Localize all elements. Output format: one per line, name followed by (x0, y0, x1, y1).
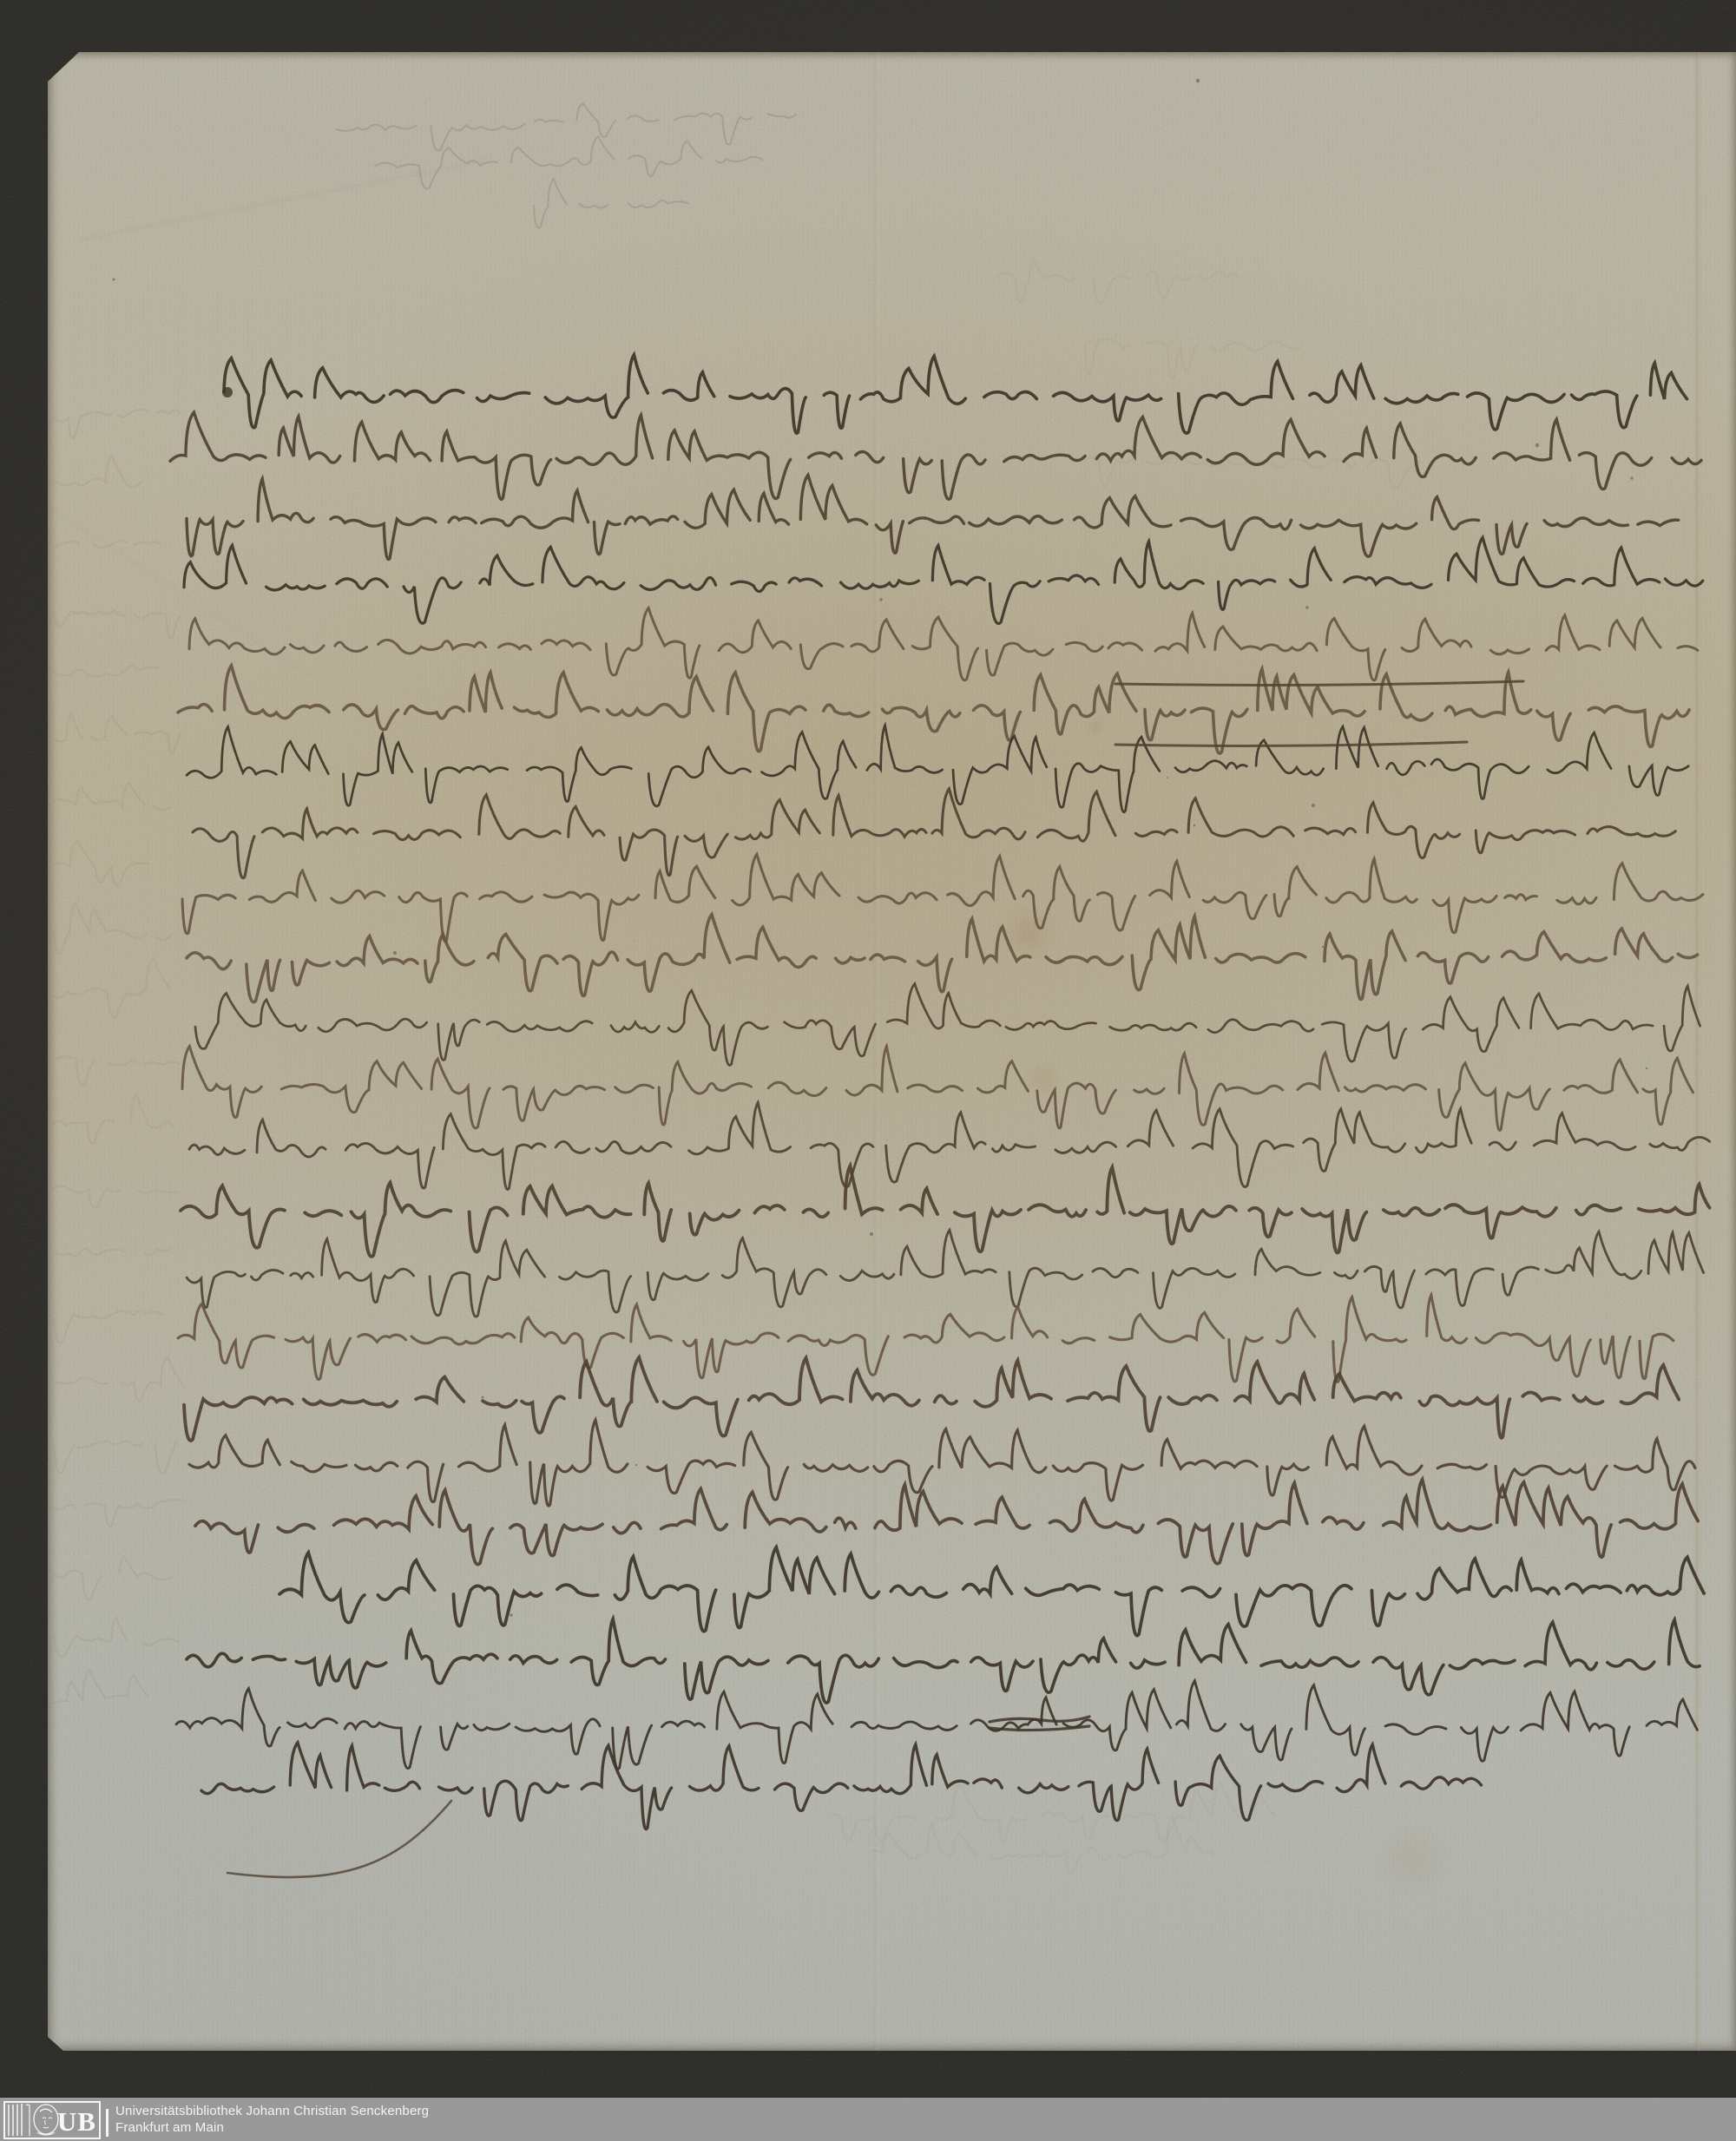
corner-crease-2 (46, 505, 310, 678)
book-spines-icon (9, 2104, 30, 2136)
center-fold-crease (874, 52, 879, 2051)
paper-stain (519, 969, 543, 993)
corner-crease (77, 160, 487, 243)
library-name: Universitätsbibliothek Johann Christian … (115, 2103, 429, 2119)
library-watermark-bar: UB Universitätsbibliothek Johann Christi… (0, 2098, 1736, 2141)
ub-logo: UB (3, 2101, 101, 2139)
scan-viewer: UB Universitätsbibliothek Johann Christi… (0, 0, 1736, 2141)
library-city: Frankfurt am Main (115, 2119, 429, 2136)
paper-stain (1088, 719, 1103, 735)
ub-logo-graphic (5, 2103, 62, 2138)
right-fold-crease (1695, 52, 1700, 2051)
paper-stain (999, 903, 1058, 962)
paper-stain (1373, 1817, 1453, 1897)
ub-logo-text: UB (57, 2106, 96, 2138)
paper-stain (1027, 1061, 1062, 1096)
goethe-portrait-icon (34, 2105, 58, 2135)
manuscript-page (48, 52, 1736, 2051)
watermark-divider (106, 2109, 108, 2137)
